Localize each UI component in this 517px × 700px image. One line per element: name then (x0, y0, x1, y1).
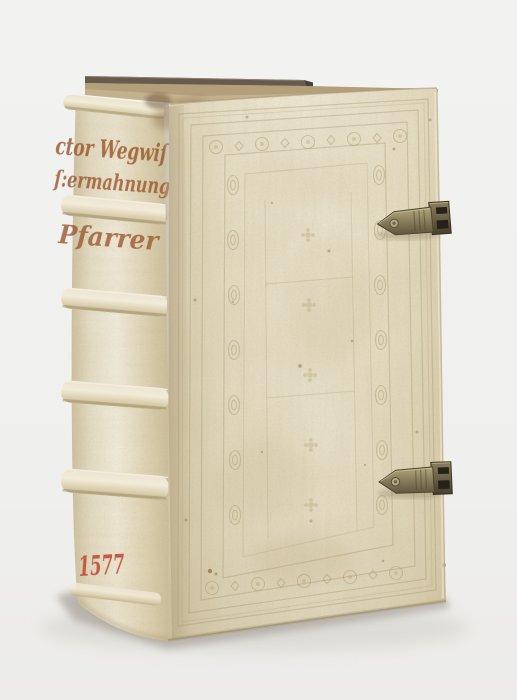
book-photograph: ctor Wegwiſ ſ:ermahnung Pfarrer 1577 (0, 0, 517, 700)
book: ctor Wegwiſ ſ:ermahnung Pfarrer 1577 (52, 88, 453, 641)
headcap-damage-core (145, 93, 171, 109)
spine-date: 1577 (78, 550, 126, 583)
photo-stage: ctor Wegwiſ ſ:ermahnung Pfarrer 1577 (0, 0, 517, 700)
front-cover (164, 88, 446, 641)
